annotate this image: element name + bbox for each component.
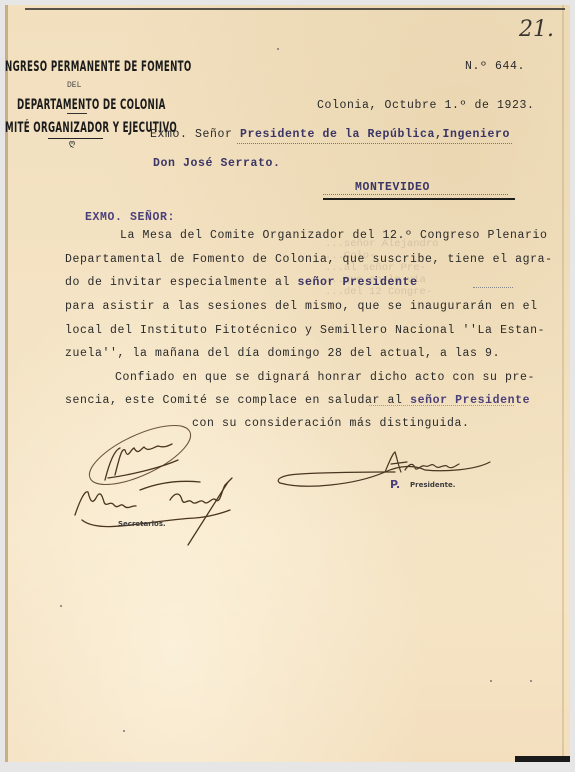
paper-speck (277, 48, 279, 50)
body-line-1: La Mesa del Comite Organizador del 12.º … (120, 229, 548, 242)
body-line-4: para asistir a las sesiones del mismo, q… (65, 300, 538, 313)
addressee-prefix: Exmo. Señor (150, 128, 240, 141)
addressee-title: Presidente de la República,Ingeniero (240, 128, 510, 141)
body-line-3-dots (473, 287, 513, 288)
addressee-name: Don José Serrato. (153, 157, 281, 170)
scan-corner-mark (515, 756, 570, 762)
president-label: Presidente. (410, 481, 455, 489)
body-line-7: Confiado en que se dignará honrar dicho … (115, 371, 535, 384)
president-initial: P. (390, 478, 400, 491)
document-page: 21. NGRESO PERMANENTE DE FOMENTO DEL DEP… (5, 5, 570, 762)
city-dotted-line (323, 194, 508, 195)
addressee-city: MONTEVIDEO (355, 181, 430, 194)
page-left-edge (5, 5, 8, 762)
paper-speck (530, 680, 532, 682)
date-line: Colonia, Octubre 1.º de 1923. (317, 99, 535, 112)
letterhead-rule (67, 113, 87, 114)
paper-speck (490, 680, 492, 682)
body-line-8-text: sencia, este Comité se complace en salud… (65, 394, 410, 407)
scan-top-border (25, 8, 565, 10)
page-right-edge (562, 5, 564, 762)
secretary-label: Secretarios. (118, 520, 166, 528)
body-line-2: Departamental de Fomento de Colonia, que… (65, 253, 553, 266)
city-underline (323, 198, 515, 200)
letterhead-line1: NGRESO PERMANENTE DE FOMENTO (5, 59, 192, 75)
reverse-bleed-through: ...señor Alejandro ...Colo- ...al señor … (325, 238, 438, 298)
president-signature-icon (275, 450, 505, 500)
body-line-5: local del Instituto Fitotécnico y Semill… (65, 324, 545, 337)
highlight-senor-presidente: señor Presidente (298, 276, 418, 289)
addressee-dotted-line (237, 143, 512, 144)
folio-number: 21. (519, 17, 554, 42)
paper-speck (60, 605, 62, 607)
salutation: EXMO. SEÑOR: (85, 211, 175, 224)
body-line-8-dots (369, 405, 514, 406)
letterhead-del: DEL (67, 81, 81, 90)
body-line-3-text: do de invitar especialmente al (65, 276, 298, 289)
letterhead-line2: DEPARTAMENTO DE COLONIA (17, 97, 166, 113)
addressee-line1: Exmo. Señor Presidente de la República,I… (150, 128, 510, 141)
ornament-icon: ღ (69, 138, 75, 150)
body-line-6: zuela'', la mañana del día domingo 28 de… (65, 347, 500, 360)
reference-number: N.º 644. (465, 60, 525, 73)
secretary-signature-icon (60, 420, 260, 550)
letterhead-underline (48, 138, 103, 139)
body-line-3: do de invitar especialmente al señor Pre… (65, 276, 418, 289)
paper-speck (123, 730, 125, 732)
